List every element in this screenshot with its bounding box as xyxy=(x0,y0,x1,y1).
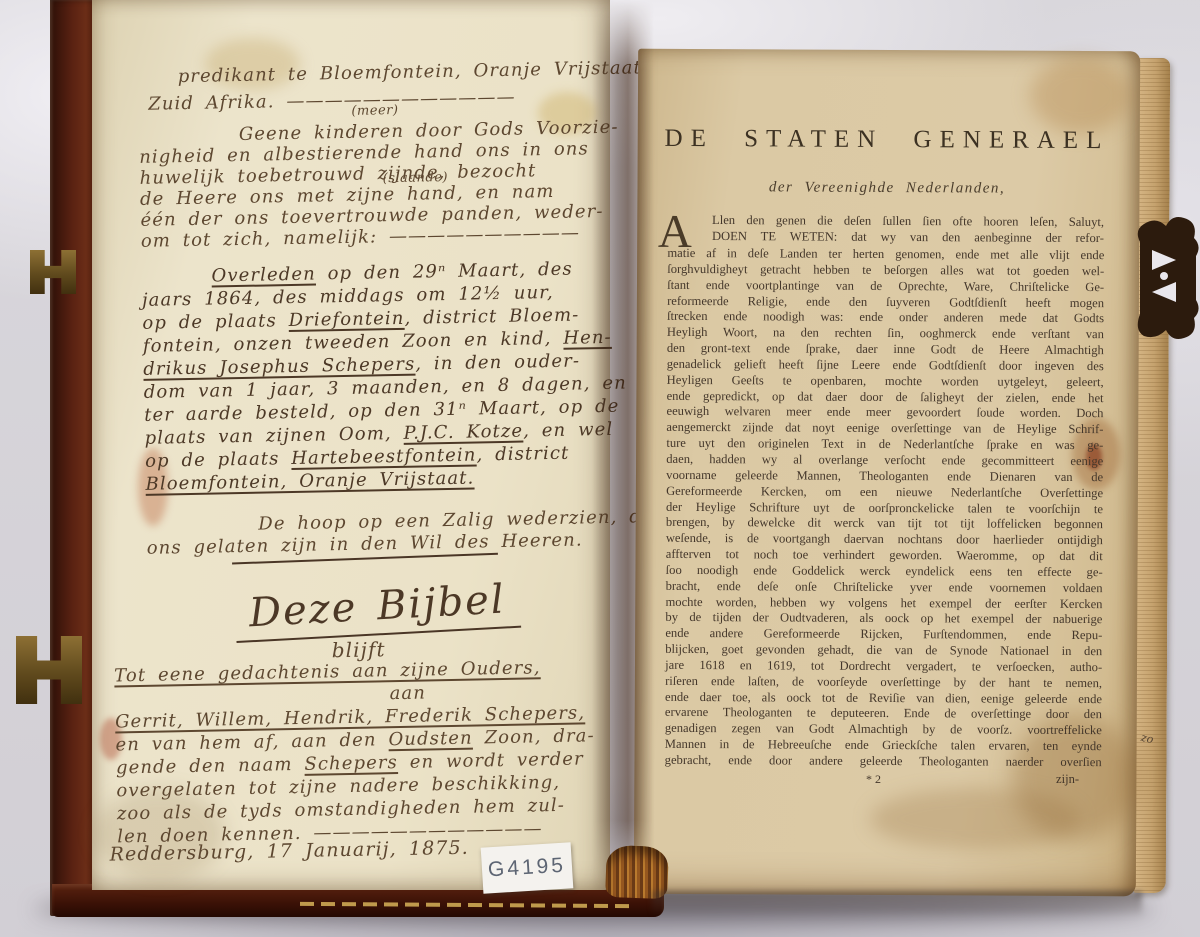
printed-body-text: matie af in deſe Landen ter herten genom… xyxy=(665,246,1105,771)
ornate-clasp xyxy=(1132,212,1200,344)
providence-paragraph: Geene kinderen door Gods Voorzie-nigheid… xyxy=(139,117,621,252)
signature-mark: * 2 xyxy=(866,772,881,787)
printed-page-title: DE STATEN GENERAEL xyxy=(651,125,1123,155)
accession-number: G4195 xyxy=(487,854,566,883)
death-record-paragraph: Overleden op den 29ⁿ Maart, desjaars 186… xyxy=(141,257,628,496)
dedication-paragraph: Tot eene gedachtenis aan zijne Ouders,aa… xyxy=(114,655,597,848)
ornate-clasp-shape xyxy=(1132,212,1200,344)
catchword: zijn- xyxy=(1056,772,1079,787)
photo-scene: predikant te Bloemfontein, Oranje Vrijst… xyxy=(0,0,1200,937)
margin-note: zo xyxy=(1140,731,1155,746)
dedication-title: Deze Bijbel xyxy=(234,576,521,643)
interlinear-insertion-slaande: (slaande) xyxy=(383,170,449,186)
printed-page-subtitle: der Vereenighde Nederlanden, xyxy=(651,179,1123,198)
interlinear-insertion-meer: (meer) xyxy=(351,103,398,119)
book-gutter xyxy=(592,0,654,892)
page-bottom-shadow xyxy=(652,891,1142,917)
printed-opening-lines: Llen den genen die deſen ſullen ſien oft… xyxy=(712,213,1104,247)
handwritten-register: predikant te Bloemfontein, Oranje Vrijst… xyxy=(91,0,626,891)
accession-label: G4195 xyxy=(481,842,574,893)
